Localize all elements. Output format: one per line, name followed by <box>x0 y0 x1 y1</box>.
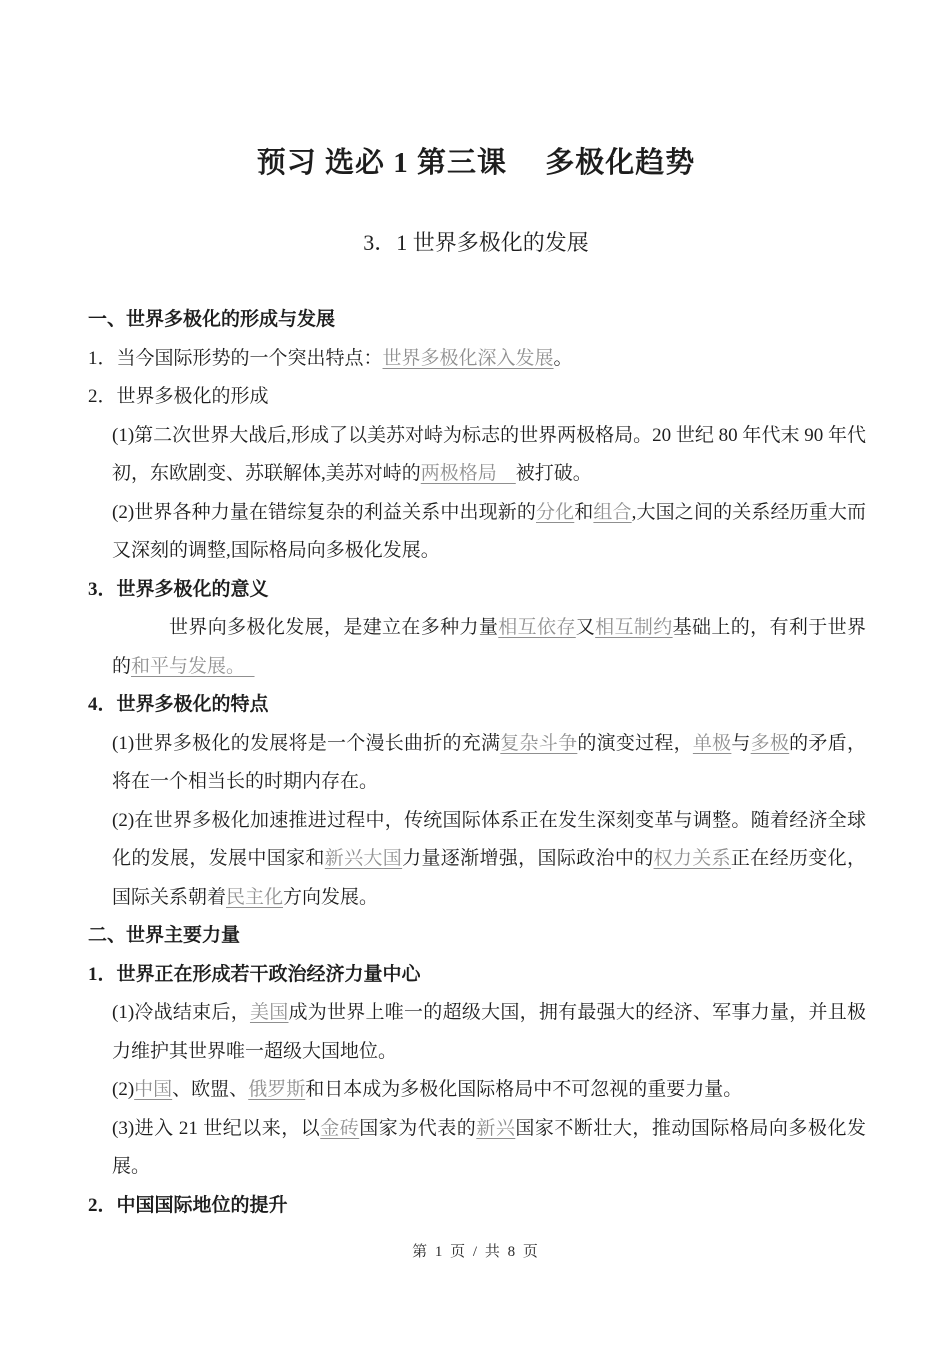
indented-paragraph: 世界向多极化发展，是建立在多种力量相互依存又相互制约基础上的，有利于世界的和平与… <box>112 609 866 686</box>
page-number: 第 1 页 / 共 8 页 <box>0 1240 952 1261</box>
bold-item-heading: 3．世界多极化的意义 <box>88 571 866 610</box>
text-run: 国家为代表的 <box>359 1118 476 1139</box>
text-run: 2．世界多极化的形成 <box>88 386 269 407</box>
answer-blank: 世界多极化深入发展 <box>383 348 554 369</box>
text-run: 的演变过程， <box>577 733 693 754</box>
answer-blank: 相互依存 <box>498 617 575 638</box>
bold-item-heading: 2．中国国际地位的提升 <box>88 1187 866 1226</box>
text-run: 、欧盟、 <box>172 1079 248 1100</box>
numbered-item: 1．当今国际形势的一个突出特点：世界多极化深入发展。 <box>88 340 866 379</box>
text-run: 4．世界多极化的特点 <box>88 694 269 715</box>
text-run: 1．当今国际形势的一个突出特点： <box>88 348 383 369</box>
answer-blank: 相互制约 <box>595 617 672 638</box>
answer-blank: 新兴 <box>476 1118 515 1139</box>
document-subtitle: 3．1 世界多极化的发展 <box>0 226 952 257</box>
answer-blank: 新兴大国 <box>325 848 402 869</box>
answer-blank: 多极 <box>751 733 790 754</box>
text-run: 1．世界正在形成若干政治经济力量中心 <box>88 964 421 985</box>
bold-item-heading: 4．世界多极化的特点 <box>88 686 866 725</box>
text-run: (2) <box>112 1079 134 1100</box>
text-run: 和日本成为多极化国际格局中不可忽视的重要力量。 <box>305 1079 742 1100</box>
answer-blank: 民主化 <box>226 887 283 908</box>
text-run: (2)世界各种力量在错综复杂的利益关系中出现新的 <box>112 502 536 523</box>
answer-blank: 金砖 <box>320 1118 359 1139</box>
sub-paragraph: (3)进入 21 世纪以来，以金砖国家为代表的新兴国家不断壮大，推动国际格局向多… <box>112 1110 866 1187</box>
answer-blank: 组合 <box>593 502 631 523</box>
text-run: 二、世界主要力量 <box>88 925 240 946</box>
text-run: 3．世界多极化的意义 <box>88 579 269 600</box>
answer-blank: 俄罗斯 <box>248 1079 305 1100</box>
text-run: 一、世界多极化的形成与发展 <box>88 309 335 330</box>
sub-paragraph: (2)中国、欧盟、俄罗斯和日本成为多极化国际格局中不可忽视的重要力量。 <box>112 1071 866 1110</box>
answer-blank: 分化 <box>536 502 574 523</box>
answer-blank: 美国 <box>250 1002 289 1023</box>
text-run: 世界向多极化发展，是建立在多种力量 <box>169 617 498 638</box>
text-run: 2．中国国际地位的提升 <box>88 1195 288 1216</box>
text-run: (1)冷战结束后， <box>112 1002 250 1023</box>
text-run: 和 <box>574 502 593 523</box>
document-title: 预习 选必 1 第三课 多极化趋势 <box>0 140 952 181</box>
section-heading-1: 一、世界多极化的形成与发展 <box>88 301 866 340</box>
text-run: 被打破。 <box>516 463 592 484</box>
text-run: 与 <box>731 733 750 754</box>
numbered-item: 2．世界多极化的形成 <box>88 378 866 417</box>
sub-paragraph: (1)第二次世界大战后,形成了以美苏对峙为标志的世界两极格局。20 世纪 80 … <box>112 417 866 494</box>
text-run: 。 <box>554 348 573 369</box>
sub-paragraph: (2)世界各种力量在错综复杂的利益关系中出现新的分化和组合,大国之间的关系经历重… <box>112 494 866 571</box>
answer-blank: 权力关系 <box>654 848 731 869</box>
answer-blank: 复杂斗争 <box>500 733 577 754</box>
text-run: 力量逐渐增强，国际政治中的 <box>402 848 653 869</box>
answer-blank: 两极格局 <box>421 463 516 484</box>
text-run: 方向发展。 <box>283 887 378 908</box>
bold-item-heading: 1．世界正在形成若干政治经济力量中心 <box>88 956 866 995</box>
section-heading-2: 二、世界主要力量 <box>88 917 866 956</box>
document-body: 一、世界多极化的形成与发展 1．当今国际形势的一个突出特点：世界多极化深入发展。… <box>88 301 866 1225</box>
answer-blank: 中国 <box>134 1079 172 1100</box>
text-run: (1)世界多极化的发展将是一个漫长曲折的充满 <box>112 733 500 754</box>
sub-paragraph: (1)世界多极化的发展将是一个漫长曲折的充满复杂斗争的演变过程，单极与多极的矛盾… <box>112 725 866 802</box>
document-page: 预习 选必 1 第三课 多极化趋势 3．1 世界多极化的发展 一、世界多极化的形… <box>0 0 952 1347</box>
answer-blank: 单极 <box>693 733 732 754</box>
answer-blank: 和平与发展。 <box>131 656 255 677</box>
sub-paragraph: (2)在世界多极化加速推进过程中，传统国际体系正在发生深刻变革与调整。随着经济全… <box>112 802 866 918</box>
text-run: (3)进入 21 世纪以来，以 <box>112 1118 320 1139</box>
sub-paragraph: (1)冷战结束后，美国成为世界上唯一的超级大国，拥有最强大的经济、军事力量，并且… <box>112 994 866 1071</box>
text-run: 又 <box>576 617 595 638</box>
